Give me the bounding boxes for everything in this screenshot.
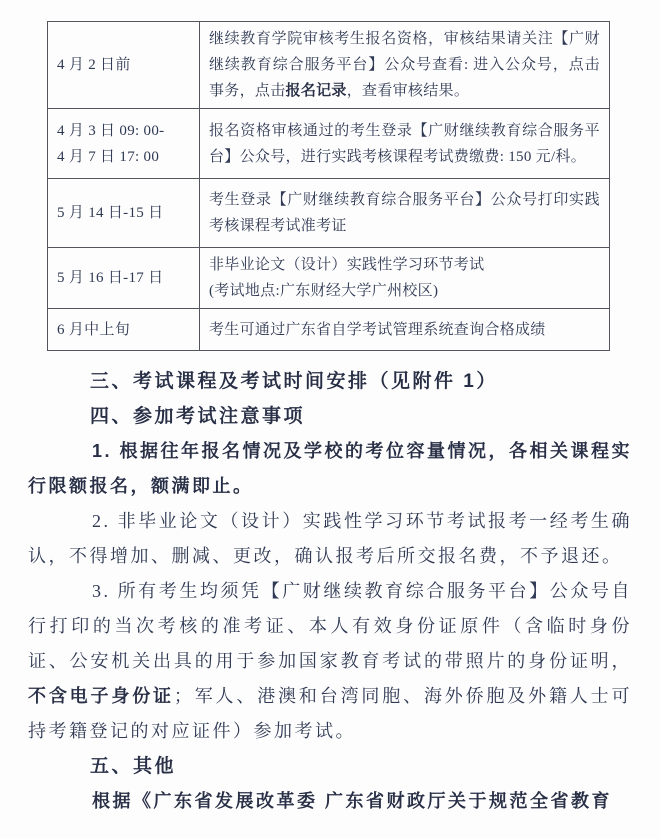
notice-item-3-segment: 3. 所有考生均须凭【广财继续教育综合服务平台】公众号自行打印的当次考核的准考证… — [28, 581, 632, 671]
closing-paragraph: 根据《广东省发展改革委 广东省财政厅关于规范全省教育 — [28, 784, 632, 819]
description-bold-segment: 报名记录 — [286, 83, 347, 99]
date-cell: 4 月 2 日前 — [48, 22, 200, 109]
notice-item-2: 2. 非毕业论文（设计）实践性学习环节考试报考一经考生确认，不得增加、删减、更改… — [28, 504, 632, 574]
date-text-line2: 4 月 7 日 17: 00 — [57, 144, 190, 170]
notice-item-3-bold-segment: 不含电子身份证 — [28, 686, 174, 706]
date-text: 5 月 14 日-15 日 — [57, 200, 190, 226]
description-cell: 报名资格审核通过的考生登录【广财继续教育综合服务平台】公众号，进行实践考核课程考… — [200, 109, 610, 179]
description-segment: 考生可通过广东省自学考试管理系统查询合格成绩 — [209, 322, 546, 338]
date-text: 4 月 3 日 09: 00- — [57, 118, 190, 144]
table-row: 6 月中上旬 考生可通过广东省自学考试管理系统查询合格成绩 — [48, 309, 610, 351]
scanned-document-page: 4 月 2 日前 继续教育学院审核考生报名资格，审核结果请关注【广财继续教育综合… — [0, 0, 660, 839]
date-cell: 4 月 3 日 09: 00- 4 月 7 日 17: 00 — [48, 109, 200, 179]
table-row: 4 月 2 日前 继续教育学院审核考生报名资格，审核结果请关注【广财继续教育综合… — [48, 22, 610, 109]
section-heading-4: 四、参加考试注意事项 — [28, 399, 632, 434]
schedule-table: 4 月 2 日前 继续教育学院审核考生报名资格，审核结果请关注【广财继续教育综合… — [47, 21, 610, 351]
description-cell: 继续教育学院审核考生报名资格，审核结果请关注【广财继续教育综合服务平台】公众号查… — [200, 22, 610, 109]
table-row: 5 月 14 日-15 日 考生登录【广财继续教育综合服务平台】公众号打印实践考… — [48, 179, 610, 248]
date-text: 4 月 2 日前 — [57, 52, 190, 78]
section-heading-3: 三、考试课程及考试时间安排（见附件 1） — [28, 364, 632, 399]
notice-item-1: 1. 根据往年报名情况及学校的考位容量情况，各相关课程实行限额报名，额满即止。 — [28, 434, 632, 504]
description-text: 考生可通过广东省自学考试管理系统查询合格成绩 — [209, 317, 600, 343]
table-row: 5 月 16 日-17 日 非毕业论文（设计）实践性学习环节考试 (考试地点:广… — [48, 248, 610, 309]
date-text: 6 月中上旬 — [57, 317, 190, 343]
section-heading-5: 五、其他 — [28, 749, 632, 784]
description-segment: ，查看审核结果。 — [347, 83, 469, 99]
description-text: 考生登录【广财继续教育综合服务平台】公众号打印实践考核课程考试准考证 — [209, 187, 600, 239]
description-text-line2: (考试地点:广东财经大学广州校区) — [209, 278, 600, 304]
date-cell: 5 月 16 日-17 日 — [48, 248, 200, 309]
description-segment: 报名资格审核通过的考生登录【广财继续教育综合服务平台】公众号，进行实践考核课程考… — [209, 123, 600, 165]
description-text: 继续教育学院审核考生报名资格，审核结果请关注【广财继续教育综合服务平台】公众号查… — [209, 26, 600, 104]
document-body: 三、考试课程及考试时间安排（见附件 1） 四、参加考试注意事项 1. 根据往年报… — [28, 364, 632, 819]
date-text: 5 月 16 日-17 日 — [57, 265, 190, 291]
date-cell: 6 月中上旬 — [48, 309, 200, 351]
description-cell: 考生登录【广财继续教育综合服务平台】公众号打印实践考核课程考试准考证 — [200, 179, 610, 248]
description-cell: 非毕业论文（设计）实践性学习环节考试 (考试地点:广东财经大学广州校区) — [200, 248, 610, 309]
description-segment: 考生登录【广财继续教育综合服务平台】公众号打印实践考核课程考试准考证 — [209, 192, 600, 234]
notice-item-3: 3. 所有考生均须凭【广财继续教育综合服务平台】公众号自行打印的当次考核的准考证… — [28, 574, 632, 749]
table-row: 4 月 3 日 09: 00- 4 月 7 日 17: 00 报名资格审核通过的… — [48, 109, 610, 179]
description-text: 非毕业论文（设计）实践性学习环节考试 — [209, 252, 600, 278]
description-cell: 考生可通过广东省自学考试管理系统查询合格成绩 — [200, 309, 610, 351]
description-segment: 非毕业论文（设计）实践性学习环节考试 — [209, 257, 484, 273]
date-cell: 5 月 14 日-15 日 — [48, 179, 200, 248]
description-text: 报名资格审核通过的考生登录【广财继续教育综合服务平台】公众号，进行实践考核课程考… — [209, 118, 600, 170]
